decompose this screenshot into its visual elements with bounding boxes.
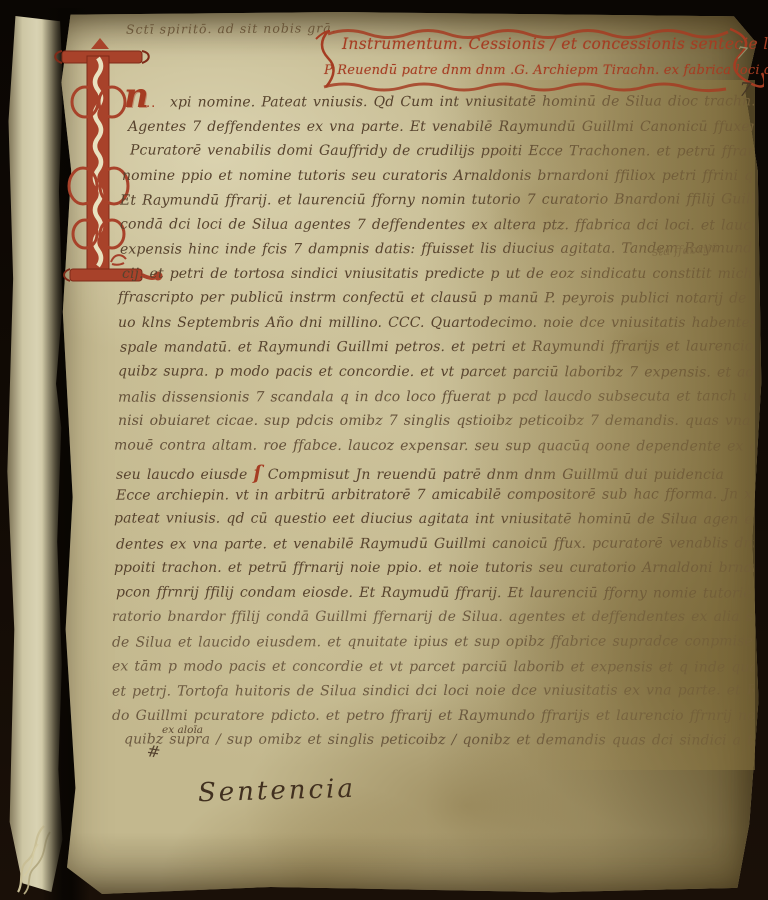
red-margin-mark — [110, 252, 128, 266]
invocation-note: Sctī spiritō. ad sit nobis grā. — [126, 20, 337, 36]
folio-number-dark: 7 — [738, 79, 752, 102]
text-line: et petrj. Tortofa huitoris de Silua sind… — [112, 682, 754, 708]
text-line: Agentes 7 deffendentes ex vna parte. Et … — [112, 119, 754, 144]
text-segment: ex tām p modo pacis et concordie et vt p… — [112, 658, 754, 675]
interlinear-note: ex aloīa — [162, 724, 203, 736]
rubric-title-line2: P Reuendū patre dnm dnm .G. Archiepm Tir… — [324, 63, 768, 78]
text-segment: nomine ppio et nomine tutoris seu curato… — [122, 168, 754, 184]
rubric-cartouche: Instrumentum. Cessionis / et concessioni… — [314, 27, 764, 95]
text-segment: condā dci loci de Silua agentes 7 deffen… — [120, 216, 754, 233]
text-line: seu laucdo eiusde ſ Compmisut Jn reuendū… — [112, 462, 754, 487]
text-segment: Agentes 7 deffendentes ex vna parte. Et … — [128, 119, 754, 135]
text-segment: uo klns Septembris Año dni millino. CCC.… — [118, 315, 754, 331]
text-segment: pcon ffrnrij ffilij condam eiosde. Et Ra… — [116, 584, 754, 601]
text-line: ex tām p modo pacis et concordie et vt p… — [112, 658, 754, 684]
bottom-note-sentencia: Sentencia — [198, 774, 357, 808]
rubric-title-line1: Instrumentum. Cessionis / et concessioni… — [342, 35, 768, 53]
text-line: pcon ffrnrij ffilij condam eiosde. Et Ra… — [112, 584, 754, 610]
text-line: xpi nomine. Pateat vniusis. Qd Cum int v… — [112, 93, 754, 119]
text-segment: et petrj. Tortofa huitoris de Silua sind… — [112, 682, 754, 699]
text-segment: pateat vniusis. qd cū questio eet diuciu… — [114, 511, 754, 528]
text-line: Pcuratorē venabilis domi Gauffridy de cr… — [112, 143, 754, 169]
text-segment: dentes ex vna parte. et venabilē Raymudū… — [116, 535, 754, 552]
text-segment: Compmisut Jn reuendū patrē dnm dnm Guill… — [262, 467, 724, 483]
text-line: do Guillmi pcuratore pdicto. et petro ff… — [112, 708, 754, 733]
text-segment: quibz supra. p modo pacis et concordie. … — [118, 363, 754, 380]
text-segment: Ecce archiepin. vt in arbitrū arbitrator… — [116, 486, 754, 503]
hash-mark: # — [146, 741, 162, 762]
manuscript-photo: Sctī spiritō. ad sit nobis grā. Instrume… — [0, 0, 768, 900]
text-segment: malis dissensionis 7 scandala q in dco l… — [118, 388, 754, 405]
text-line: ratorio bnardor ffilij condā Guillmi ffe… — [112, 609, 754, 634]
text-line: ppoiti trachon. et petrū ffrnarij noie p… — [112, 560, 754, 585]
text-segment: ffrascripto per publicū instrm confectū … — [118, 290, 754, 307]
text-line: malis dissensionis 7 scandala q in dco l… — [112, 388, 754, 414]
text-segment: seu laucdo eiusde — [116, 467, 253, 483]
text-segment: ppoiti trachon. et petrū ffrnarij noie p… — [114, 560, 754, 576]
text-line: de Silua et laucido eiusdem. et qnuitate… — [112, 633, 754, 659]
text-line: dentes ex vna parte. et venabilē Raymudū… — [112, 535, 754, 561]
text-segment: spale mandatū. et Raymundi Guillmi petro… — [120, 339, 754, 356]
text-line: spale mandatū. et Raymundi Guillmi petro… — [112, 339, 754, 365]
text-segment: mouē contra altam. roe ffabce. laucoz ex… — [114, 437, 754, 454]
text-segment: nisi obuiaret cicae. sup pdcis omibz 7 s… — [118, 413, 754, 429]
text-line: condā dci loci de Silua agentes 7 deffen… — [112, 216, 754, 242]
text-line: cij. et petri de tortosa sindici vniusit… — [112, 266, 754, 291]
text-line: mouē contra altam. roe ffabce. laucoz ex… — [112, 437, 754, 463]
text-segment: Pcuratorē venabilis domi Gauffridy de cr… — [130, 143, 754, 160]
red-paraph: ſ — [253, 462, 261, 484]
text-segment: Et Raymundū ffrarij. et laurenciū fforny… — [120, 192, 754, 209]
text-line: Et Raymundū ffrarij. et laurenciū fforny… — [112, 192, 754, 218]
text-line: quibz supra / sup omibz et singlis petic… — [112, 732, 754, 758]
text-segment: quibz supra / sup omibz et singlis petic… — [124, 732, 754, 749]
text-line: nisi obuiaret cicae. sup pdcis omibz 7 s… — [112, 413, 754, 438]
text-segment: cij. et petri de tortosa sindici vniusit… — [122, 266, 754, 282]
text-segment: ratorio bnardor ffilij condā Guillmi ffe… — [112, 609, 754, 625]
text-line: Ecce archiepin. vt in arbitrū arbitrator… — [112, 486, 754, 512]
text-segment: xpi nomine. Pateat vniusis. Qd Cum int v… — [170, 93, 754, 110]
text-line: nomine ppio et nomine tutoris seu curato… — [112, 168, 754, 193]
text-segment: de Silua et laucido eiusdem. et qnuitate… — [112, 633, 754, 650]
text-line: pateat vniusis. qd cū questio eet diuciu… — [112, 511, 754, 537]
text-line: uo klns Septembris Año dni millino. CCC.… — [112, 315, 754, 340]
text-segment: do Guillmi pcuratore pdicto. et petro ff… — [112, 708, 754, 724]
text-line: ffrascripto per publicū instrm confectū … — [112, 290, 754, 316]
text-line: quibz supra. p modo pacis et concordie. … — [112, 363, 754, 389]
main-text-block: xpi nomine. Pateat vniusis. Qd Cum int v… — [112, 94, 754, 762]
